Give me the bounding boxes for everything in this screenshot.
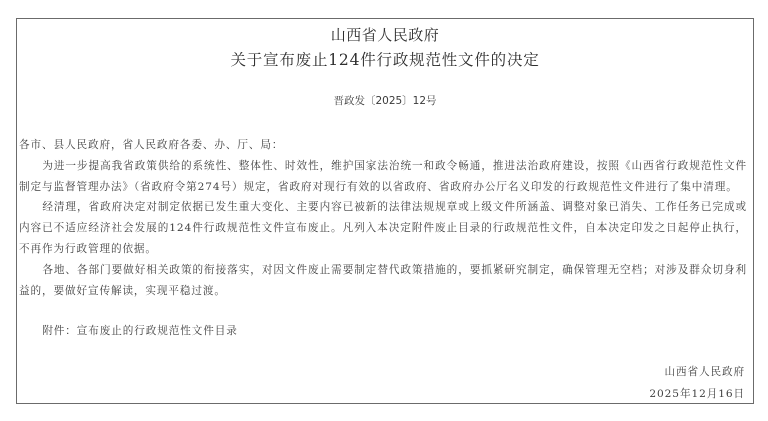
- attachment-note: 附件：宣布废止的行政规范性文件目录: [19, 321, 419, 341]
- document-title: 关于宣布废止124件行政规范性文件的决定: [17, 49, 753, 71]
- salutation: 各市、县人民政府，省人民政府各委、办、厅、局：: [19, 135, 747, 156]
- document-body: 各市、县人民政府，省人民政府各委、办、厅、局： 为进一步提高我省政策供给的系统性…: [19, 135, 747, 301]
- issuer-title: 山西省人民政府: [17, 25, 753, 45]
- document-frame: 山西省人民政府 关于宣布废止124件行政规范性文件的决定 晋政发〔2025〕12…: [16, 18, 754, 404]
- paragraph-implementation: 各地、各部门要做好相关政策的衔接落实，对因文件废止需要制定替代政策措施的，要抓紧…: [19, 260, 747, 302]
- paragraph-decision: 经清理，省政府决定对制定依据已发生重大变化、主要内容已被新的法律法规规章或上级文…: [19, 197, 747, 259]
- signature-date: 2025年12月16日: [649, 383, 745, 405]
- document-number: 晋政发〔2025〕12号: [17, 94, 753, 108]
- signature-block: 山西省人民政府 2025年12月16日: [649, 361, 745, 405]
- paragraph-purpose: 为进一步提高我省政策供给的系统性、整体性、时效性，维护国家法治统一和政令畅通，推…: [19, 156, 747, 198]
- signature-issuer: 山西省人民政府: [649, 361, 745, 383]
